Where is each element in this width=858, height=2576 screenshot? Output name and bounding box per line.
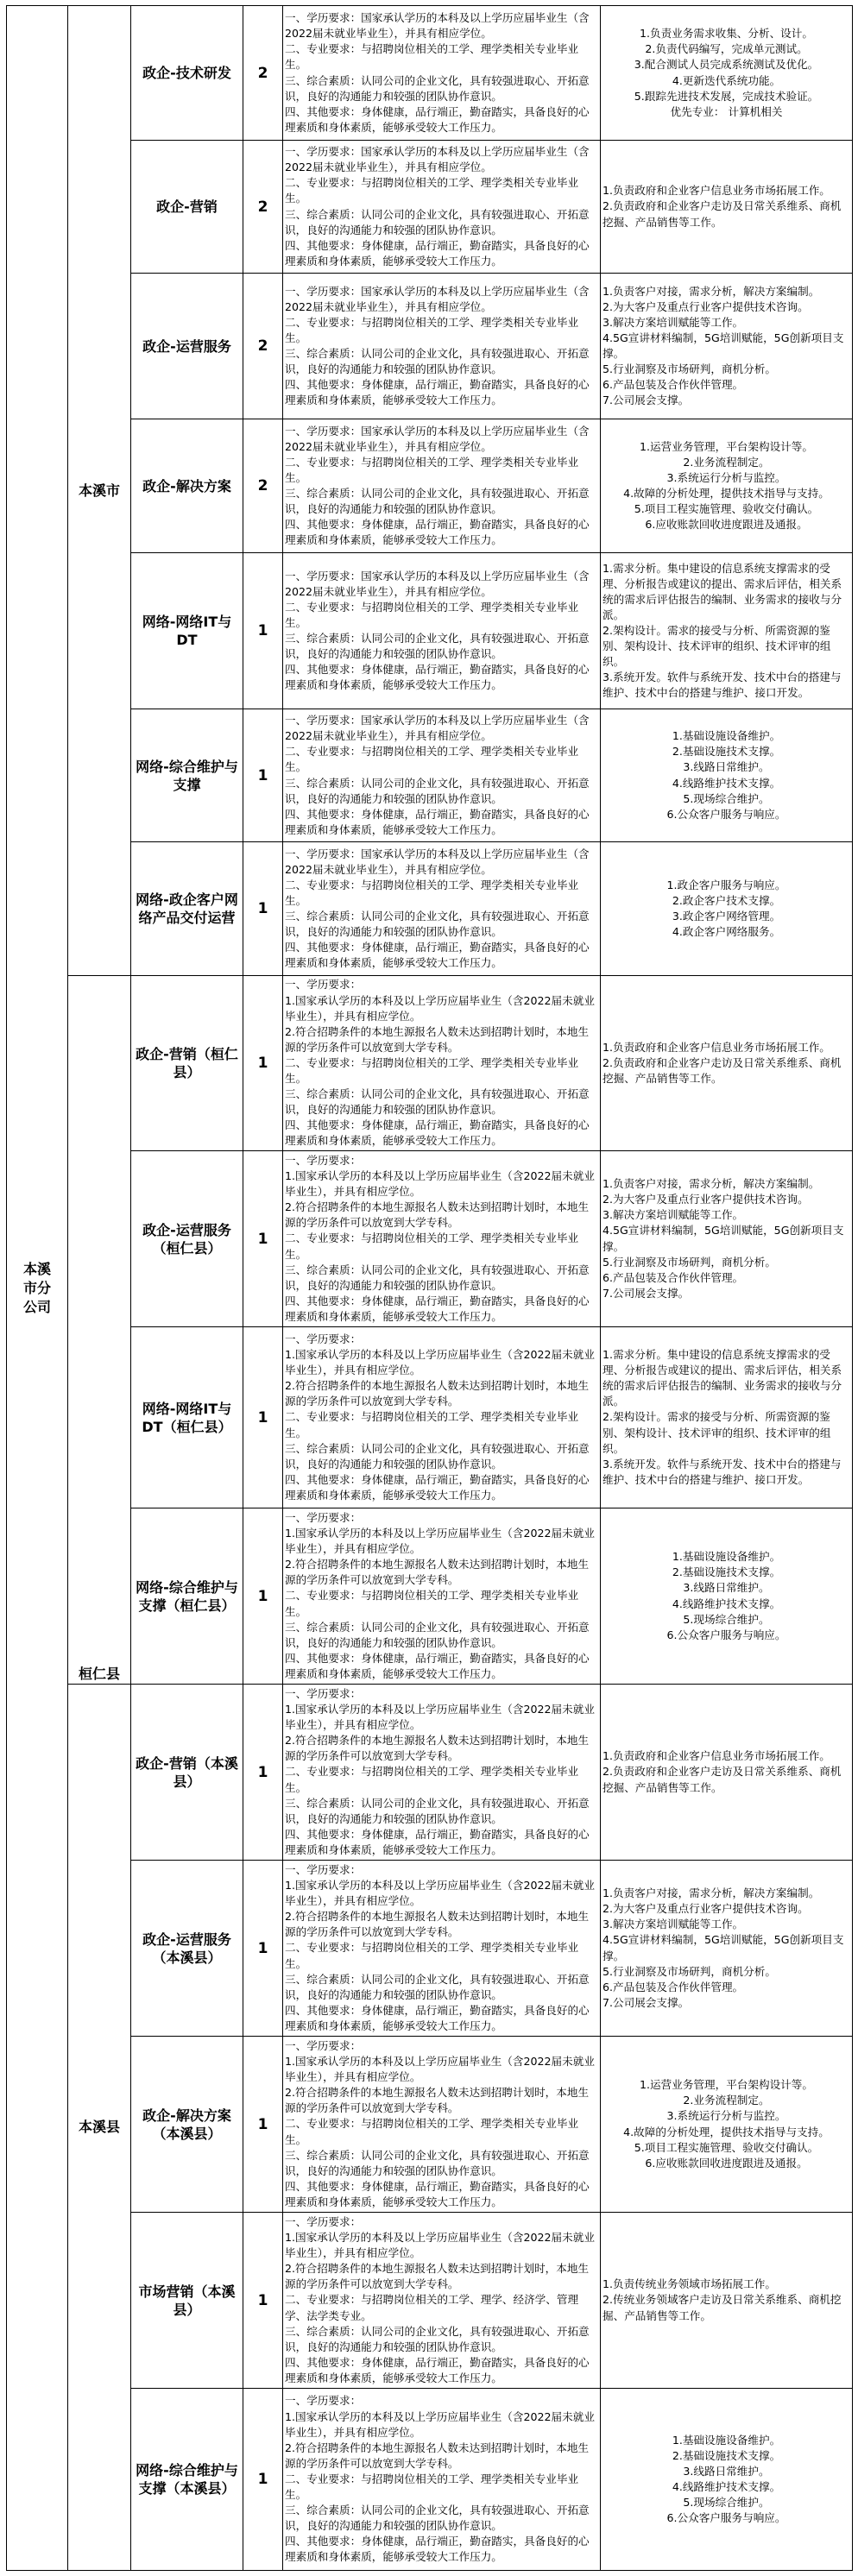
duties: 1.负责客户对接，需求分析，解决方案编制。2.为大客户及重点行业客户提供技术咨询… [601,1861,853,2037]
recruitment-table: 本溪市分公司 本溪市 政企-技术研发 2 一、学历要求：国家承认学历的本科及以上… [6,5,853,2571]
requirements: 一、学历要求：1.国家承认学历的本科及以上学历应届毕业生（含2022届未就业毕业… [283,1151,601,1327]
duties: 1.负责客户对接，需求分析，解决方案编制。2.为大客户及重点行业客户提供技术咨询… [601,1151,853,1327]
post-count: 1 [243,553,283,709]
table-row: 政企-运营服务（桓仁县） 1 一、学历要求：1.国家承认学历的本科及以上学历应届… [7,1151,853,1327]
table-row: 桓仁县 政企-营销（桓仁县） 1 一、学历要求：1.国家承认学历的本科及以上学历… [7,976,853,1151]
table-row: 市场营销（本溪县） 1 一、学历要求：1.国家承认学历的本科及以上学历应届毕业生… [7,2213,853,2389]
requirements: 一、学历要求：国家承认学历的本科及以上学历应届毕业生（含2022届未就业毕业生）… [283,141,601,274]
post-name: 网络-综合维护与支撑（本溪县） [131,2389,243,2571]
table-row: 政企-解决方案（本溪县） 1 一、学历要求：1.国家承认学历的本科及以上学历应届… [7,2037,853,2213]
area-name: 本溪市 [79,482,120,499]
post-count: 1 [243,1151,283,1327]
area-cell: 本溪县 [68,1685,131,2571]
post-name: 网络-网络IT与DT（桓仁县） [131,1327,243,1508]
area-cell: 本溪市 [68,6,131,976]
post-name: 政企-运营服务（桓仁县） [131,1151,243,1327]
requirements: 一、学历要求：1.国家承认学历的本科及以上学历应届毕业生（含2022届未就业毕业… [283,1861,601,2037]
area-name: 本溪县 [79,2119,120,2135]
duties: 1.负责政府和企业客户信息业务市场拓展工作。2.负责政府和企业客户走访及日常关系… [601,141,853,274]
table-row: 政企-营销 2 一、学历要求：国家承认学历的本科及以上学历应届毕业生（含2022… [7,141,853,274]
post-name: 网络-综合维护与支撑 [131,709,243,842]
requirements: 一、学历要求：1.国家承认学历的本科及以上学历应届毕业生（含2022届未就业毕业… [283,1685,601,1861]
post-name: 政企-运营服务 [131,274,243,419]
requirements: 一、学历要求：国家承认学历的本科及以上学历应届毕业生（含2022届未就业毕业生）… [283,842,601,976]
org-name: 本溪市分公司 [20,1260,54,1317]
requirements: 一、学历要求：1.国家承认学历的本科及以上学历应届毕业生（含2022届未就业毕业… [283,2213,601,2389]
post-name: 政企-运营服务（本溪县） [131,1861,243,2037]
requirements: 一、学历要求：1.国家承认学历的本科及以上学历应届毕业生（含2022届未就业毕业… [283,2037,601,2213]
post-count: 1 [243,2037,283,2213]
post-name: 网络-网络IT与DT [131,553,243,709]
post-count: 1 [243,709,283,842]
post-count: 1 [243,2389,283,2571]
post-count: 1 [243,1861,283,2037]
table-row: 网络-综合维护与支撑（本溪县） 1 一、学历要求：1.国家承认学历的本科及以上学… [7,2389,853,2571]
post-name: 市场营销（本溪县） [131,2213,243,2389]
duties: 1.基础设施设备维护。2.基础设施技术支撑。3.线路日常维护。4.线路维护技术支… [601,709,853,842]
table-row: 政企-运营服务（本溪县） 1 一、学历要求：1.国家承认学历的本科及以上学历应届… [7,1861,853,2037]
post-count: 2 [243,6,283,141]
table-row: 网络-网络IT与DT（桓仁县） 1 一、学历要求：1.国家承认学历的本科及以上学… [7,1327,853,1508]
duties: 1.负责政府和企业客户信息业务市场拓展工作。2.负责政府和企业客户走访及日常关系… [601,976,853,1151]
post-name: 网络-综合维护与支撑（桓仁县） [131,1508,243,1685]
table-row: 本溪市分公司 本溪市 政企-技术研发 2 一、学历要求：国家承认学历的本科及以上… [7,6,853,141]
duties: 1.需求分析。集中建设的信息系统支撑需求的受理、分析报告或建议的提出、需求后评估… [601,553,853,709]
requirements: 一、学历要求：国家承认学历的本科及以上学历应届毕业生（含2022届未就业毕业生）… [283,274,601,419]
post-count: 2 [243,141,283,274]
table-row: 网络-网络IT与DT 1 一、学历要求：国家承认学历的本科及以上学历应届毕业生（… [7,553,853,709]
duties: 1.基础设施设备维护。2.基础设施技术支撑。3.线路日常维护。4.线路维护技术支… [601,1508,853,1685]
post-name: 网络-政企客户网络产品交付运营 [131,842,243,976]
duties: 1.政企客户服务与响应。2.政企客户技术支撑。3.政企客户网络管理。4.政企客户… [601,842,853,976]
table-row: 网络-综合维护与支撑 1 一、学历要求：国家承认学历的本科及以上学历应届毕业生（… [7,709,853,842]
area-name: 桓仁县 [79,1666,120,1682]
table-row: 政企-解决方案 2 一、学历要求：国家承认学历的本科及以上学历应届毕业生（含20… [7,419,853,553]
requirements: 一、学历要求：国家承认学历的本科及以上学历应届毕业生（含2022届未就业毕业生）… [283,419,601,553]
table-row: 政企-运营服务 2 一、学历要求：国家承认学历的本科及以上学历应届毕业生（含20… [7,274,853,419]
post-count: 1 [243,842,283,976]
duties: 1.负责客户对接，需求分析，解决方案编制。2.为大客户及重点行业客户提供技术咨询… [601,274,853,419]
post-name: 政企-营销 [131,141,243,274]
post-name: 政企-营销（本溪县） [131,1685,243,1861]
requirements: 一、学历要求：国家承认学历的本科及以上学历应届毕业生（含2022届未就业毕业生）… [283,709,601,842]
requirements: 一、学历要求：1.国家承认学历的本科及以上学历应届毕业生（含2022届未就业毕业… [283,1508,601,1685]
post-name: 政企-技术研发 [131,6,243,141]
post-name: 政企-营销（桓仁县） [131,976,243,1151]
duties: 1.负责政府和企业客户信息业务市场拓展工作。2.负责政府和企业客户走访及日常关系… [601,1685,853,1861]
duties: 1.运营业务管理，平台架构设计等。2.业务流程制定。3.系统运行分析与监控。4.… [601,2037,853,2213]
table-row: 网络-综合维护与支撑（桓仁县） 1 一、学历要求：1.国家承认学历的本科及以上学… [7,1508,853,1685]
table-row: 网络-政企客户网络产品交付运营 1 一、学历要求：国家承认学历的本科及以上学历应… [7,842,853,976]
post-name: 政企-解决方案（本溪县） [131,2037,243,2213]
post-count: 1 [243,1508,283,1685]
duties: 1.基础设施设备维护。2.基础设施技术支撑。3.线路日常维护。4.线路维护技术支… [601,2389,853,2571]
post-count: 2 [243,274,283,419]
area-cell: 桓仁县 [68,976,131,1685]
post-count: 1 [243,976,283,1151]
requirements: 一、学历要求：1.国家承认学历的本科及以上学历应届毕业生（含2022届未就业毕业… [283,976,601,1151]
requirements: 一、学历要求：国家承认学历的本科及以上学历应届毕业生（含2022届未就业毕业生）… [283,553,601,709]
table-row: 本溪县 政企-营销（本溪县） 1 一、学历要求：1.国家承认学历的本科及以上学历… [7,1685,853,1861]
duties: 1.负责传统业务领域市场拓展工作。2.传统业务领域客户走访及日常关系维系、商机挖… [601,2213,853,2389]
org-cell: 本溪市分公司 [7,6,68,2571]
post-count: 1 [243,1685,283,1861]
post-name: 政企-解决方案 [131,419,243,553]
duties: 1.需求分析。集中建设的信息系统支撑需求的受理、分析报告或建议的提出、需求后评估… [601,1327,853,1508]
post-count: 2 [243,419,283,553]
post-count: 1 [243,1327,283,1508]
duties: 1.负责业务需求收集、分析、设计。2.负责代码编写，完成单元测试。3.配合测试人… [601,6,853,141]
post-count: 1 [243,2213,283,2389]
requirements: 一、学历要求：国家承认学历的本科及以上学历应届毕业生（含2022届未就业毕业生）… [283,6,601,141]
duties: 1.运营业务管理，平台架构设计等。2.业务流程制定。3.系统运行分析与监控。4.… [601,419,853,553]
requirements: 一、学历要求：1.国家承认学历的本科及以上学历应届毕业生（含2022届未就业毕业… [283,1327,601,1508]
requirements: 一、学历要求：1.国家承认学历的本科及以上学历应届毕业生（含2022届未就业毕业… [283,2389,601,2571]
